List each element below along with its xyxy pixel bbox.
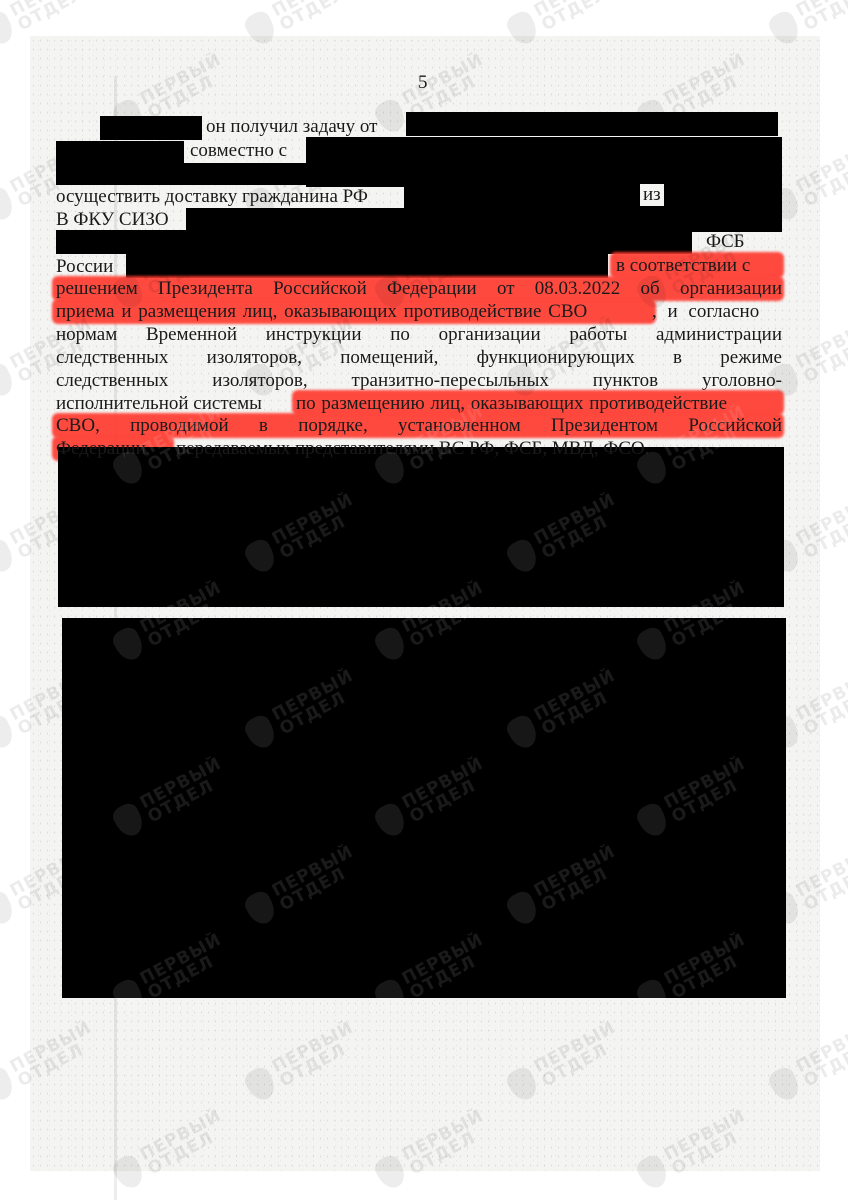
text-line-4-tail: из (640, 184, 664, 206)
shield-logo-icon (0, 360, 18, 400)
shield-logo-icon (0, 8, 18, 48)
redaction-block (56, 163, 782, 185)
text-line-9-tail: , и согласно (652, 301, 759, 323)
text-line-7-highlight: в соответствии с (616, 255, 750, 277)
shield-logo-icon (0, 184, 18, 224)
text-line-5: В ФКУ СИЗО (56, 209, 169, 231)
shield-logo-icon (0, 888, 18, 928)
redaction-block (406, 112, 778, 136)
redaction-block (404, 185, 782, 209)
text-line-15-highlight: Федерации, (56, 438, 150, 460)
text-line-4: осуществить доставку гражданина РФ (56, 186, 368, 208)
redaction-block (186, 208, 782, 232)
watermark-text: ПЕРВЫЙОТДЕЛ (270, 0, 364, 34)
redaction-block-large (58, 447, 784, 607)
shield-logo-icon (0, 536, 18, 576)
redaction-block-large (62, 618, 786, 998)
text-line-13: исполнительной системы (56, 393, 262, 415)
watermark-text: ПЕРВЫЙОТДЕЛ (532, 0, 626, 34)
text-line-14-highlight: СВО, проводимой в порядке, установленном… (56, 415, 782, 437)
text-line-15-tail: передаваемых представителями ВС РФ, ФСБ,… (176, 438, 649, 460)
redaction-block (126, 252, 608, 278)
shield-logo-icon (0, 1064, 18, 1104)
text-line-6-tail: ФСБ (706, 231, 745, 253)
text-line-1: он получил задачу от (206, 116, 377, 138)
redaction-block (56, 230, 692, 254)
text-line-2: совместно с (190, 140, 287, 162)
text-line-7: России (56, 256, 113, 278)
redaction-block (56, 141, 184, 163)
watermark-text: ПЕРВЫЙОТДЕЛ (8, 0, 102, 34)
text-line-10: нормам Временной инструкции по организац… (56, 324, 782, 346)
redaction-block (100, 116, 202, 140)
page-number: 5 (418, 72, 428, 94)
text-line-12: следственных изоляторов, транзитно-перес… (56, 370, 782, 392)
text-line-9-highlight: приема и размещения лиц, оказывающих про… (56, 301, 587, 323)
text-line-8-highlight: решением Президента Российской Федерации… (56, 278, 782, 300)
watermark-text: ПЕРВЫЙОТДЕЛ (794, 0, 848, 34)
shield-logo-icon (0, 712, 18, 752)
text-line-13-highlight: по размещению лиц, оказывающих противоде… (296, 393, 727, 415)
text-line-11: следственных изоляторов, помещений, функ… (56, 347, 782, 369)
